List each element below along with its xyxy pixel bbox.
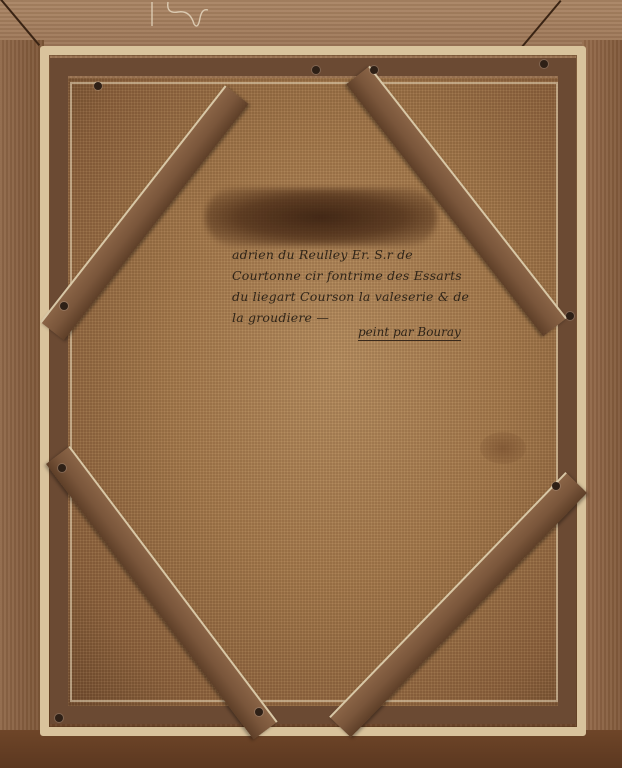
painter-signature: peint par Bouray bbox=[358, 325, 461, 341]
nail bbox=[60, 302, 68, 310]
chalk-scribble-mark bbox=[150, 0, 210, 28]
nail bbox=[94, 82, 102, 90]
nail bbox=[566, 312, 574, 320]
handwritten-inscription: adrien du Reulley Er. S.r de Courtonne c… bbox=[232, 244, 522, 328]
nail bbox=[540, 60, 548, 68]
nail bbox=[552, 482, 560, 490]
nail bbox=[370, 66, 378, 74]
frame-right-rail bbox=[582, 40, 622, 740]
frame-left-rail bbox=[0, 40, 44, 740]
canvas-spot bbox=[480, 432, 526, 464]
nail bbox=[58, 464, 66, 472]
stretcher-inner-edge bbox=[70, 82, 558, 702]
nail bbox=[255, 708, 263, 716]
dark-stain bbox=[205, 188, 437, 246]
inscription-line: du liegart Courson la valeserie & de bbox=[232, 286, 522, 307]
nail bbox=[312, 66, 320, 74]
nail bbox=[55, 714, 63, 722]
frame-top-rail bbox=[0, 0, 622, 52]
inscription-line: Courtonne cir fontrime des Essarts bbox=[232, 265, 522, 286]
inscription-line: adrien du Reulley Er. S.r de bbox=[232, 244, 522, 265]
